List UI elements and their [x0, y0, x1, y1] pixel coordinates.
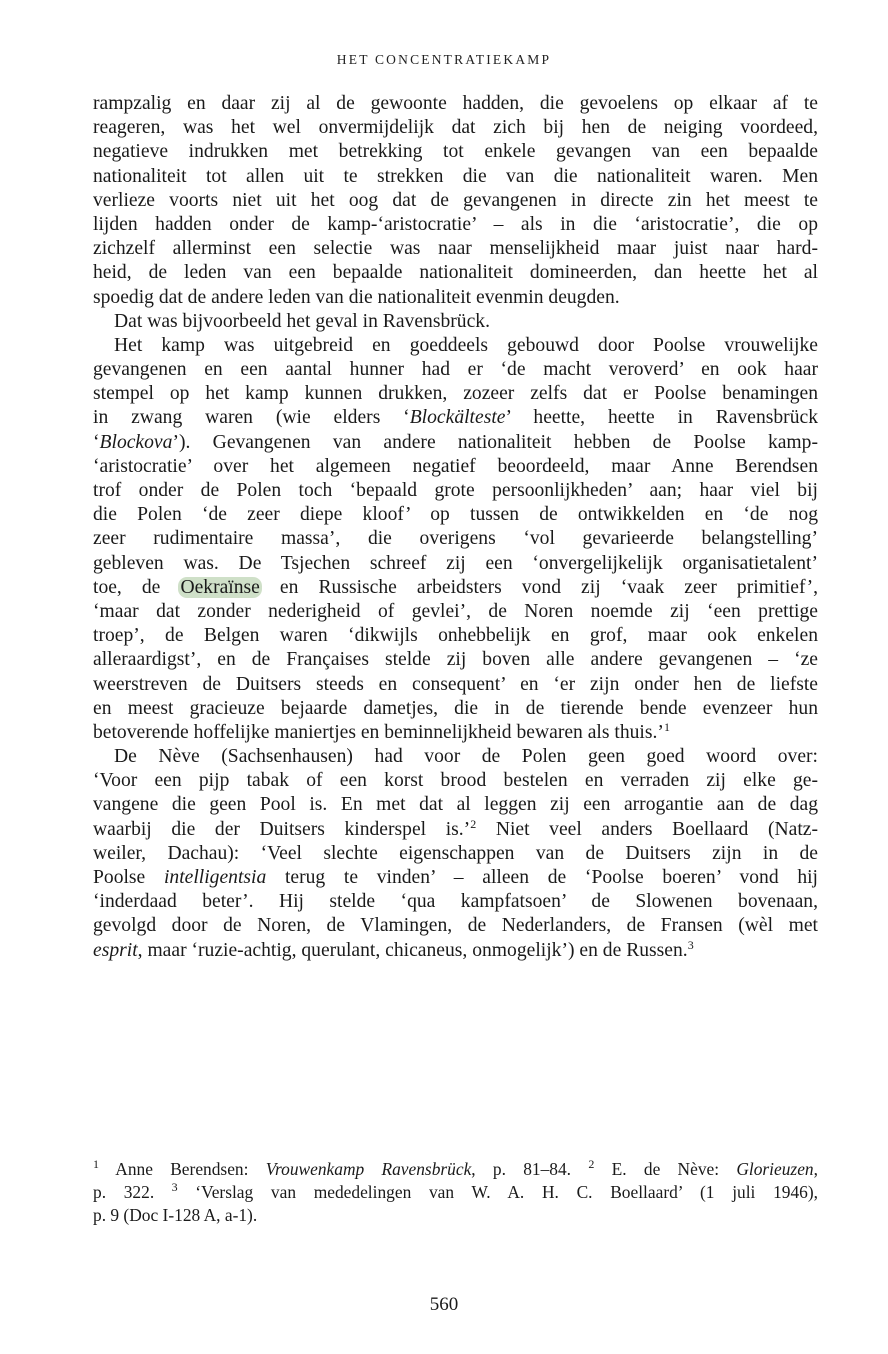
text-line: Het kamp was uitgebreid en goeddeels geb… — [93, 334, 818, 358]
text-line: waarbij die der Duitsers kinderspel is.’… — [93, 818, 818, 842]
text-line: negatieve indrukken met betrekking tot e… — [93, 140, 818, 164]
text-line: in zwang waren (wie elders ‘Blockälteste… — [93, 406, 818, 430]
text-line: vangene die geen Pool is. En met dat al … — [93, 793, 818, 817]
footnote-ref[interactable]: 3 — [688, 938, 694, 952]
text-line: zichzelf allerminst een selectie was naa… — [93, 237, 818, 261]
text-line: ‘aristocratie’ over het algemeen negatie… — [93, 455, 818, 479]
italic-term: esprit — [93, 940, 138, 961]
text-line: ‘maar dat zonder nederigheid of gevlei’,… — [93, 600, 818, 624]
text-line: weiler, Dachau): ‘Veel slechte eigenscha… — [93, 842, 818, 866]
text-line: Dat was bijvoorbeeld het geval in Ravens… — [93, 310, 818, 334]
text-line: ‘Blockova’). Gevangenen van andere natio… — [93, 431, 818, 455]
body-text: rampzalig en daar zij al de gewoonte had… — [93, 92, 818, 963]
text-line: ‘inderdaad beter’. Hij stelde ‘qua kampf… — [93, 890, 818, 914]
text-line: die Polen ‘de zeer diepe kloof’ op tusse… — [93, 503, 818, 527]
footnote-line: p. 9 (Doc I-128 A, a-1). — [93, 1204, 818, 1227]
italic-title: Glorieuzen — [736, 1159, 813, 1179]
footnote-line: p. 322. 3 ‘Verslag van mededelingen van … — [93, 1181, 818, 1204]
footnotes: 1 Anne Berendsen: Vrouwenkamp Ravensbrüc… — [93, 1158, 818, 1227]
text-line: nationaliteit tot allen uit te strekken … — [93, 165, 818, 189]
page-number: 560 — [0, 1294, 888, 1316]
italic-term: Blockova — [100, 432, 173, 453]
text-line: betoverende hoffelijke maniertjes en bem… — [93, 721, 818, 745]
italic-title: Vrouwenkamp Ravensbrück — [266, 1159, 472, 1179]
running-header: HET CONCENTRATIEKAMP — [0, 52, 888, 68]
text-line: heid, de leden van een bepaalde national… — [93, 261, 818, 285]
italic-term: intelligentsia — [164, 867, 266, 888]
text-line: esprit, maar ‘ruzie-achtig, querulant, c… — [93, 939, 818, 963]
text-line: De Nève (Sachsenhausen) had voor de Pole… — [93, 745, 818, 769]
text-line: toe, de Oekraïnse en Russische arbeidste… — [93, 576, 818, 600]
text-line: alleraardigst’, en de Françaises stelde … — [93, 648, 818, 672]
footnote-line: 1 Anne Berendsen: Vrouwenkamp Ravensbrüc… — [93, 1158, 818, 1181]
text-line: gebleven was. De Tsjechen schreef zij ee… — [93, 552, 818, 576]
text-line: rampzalig en daar zij al de gewoonte had… — [93, 92, 818, 116]
highlighted-word[interactable]: Oekraïnse — [178, 577, 261, 598]
text-line: gevolgd door de Noren, de Vlamingen, de … — [93, 914, 818, 938]
text-line: weerstreven de Duitsers steeds en conseq… — [93, 673, 818, 697]
text-line: troep’, de Belgen waren ‘dikwijls onhebb… — [93, 624, 818, 648]
footnote-ref[interactable]: 1 — [664, 720, 670, 734]
text-line: stempel op het kamp kunnen drukken, zoze… — [93, 382, 818, 406]
text-line: Poolse intelligentsia terug te vinden’ –… — [93, 866, 818, 890]
text-line: zeer rudimentaire massa’, die overigens … — [93, 527, 818, 551]
text-line: en meest gracieuze bejaarde dametjes, di… — [93, 697, 818, 721]
italic-term: Blockälteste — [410, 407, 506, 428]
text-line: ‘Voor een pijp tabak of een korst brood … — [93, 769, 818, 793]
text-line: lijden hadden onder de kamp-‘aristocrati… — [93, 213, 818, 237]
text-line: reageren, was het wel onvermijdelijk dat… — [93, 116, 818, 140]
text-line: verlieze voorts niet uit het oog dat de … — [93, 189, 818, 213]
text-line: spoedig dat de andere leden van die nati… — [93, 286, 818, 310]
text-line: gevangenen en een aantal hunner had er ‘… — [93, 358, 818, 382]
text-line: trof onder de Polen toch ‘bepaald grote … — [93, 479, 818, 503]
